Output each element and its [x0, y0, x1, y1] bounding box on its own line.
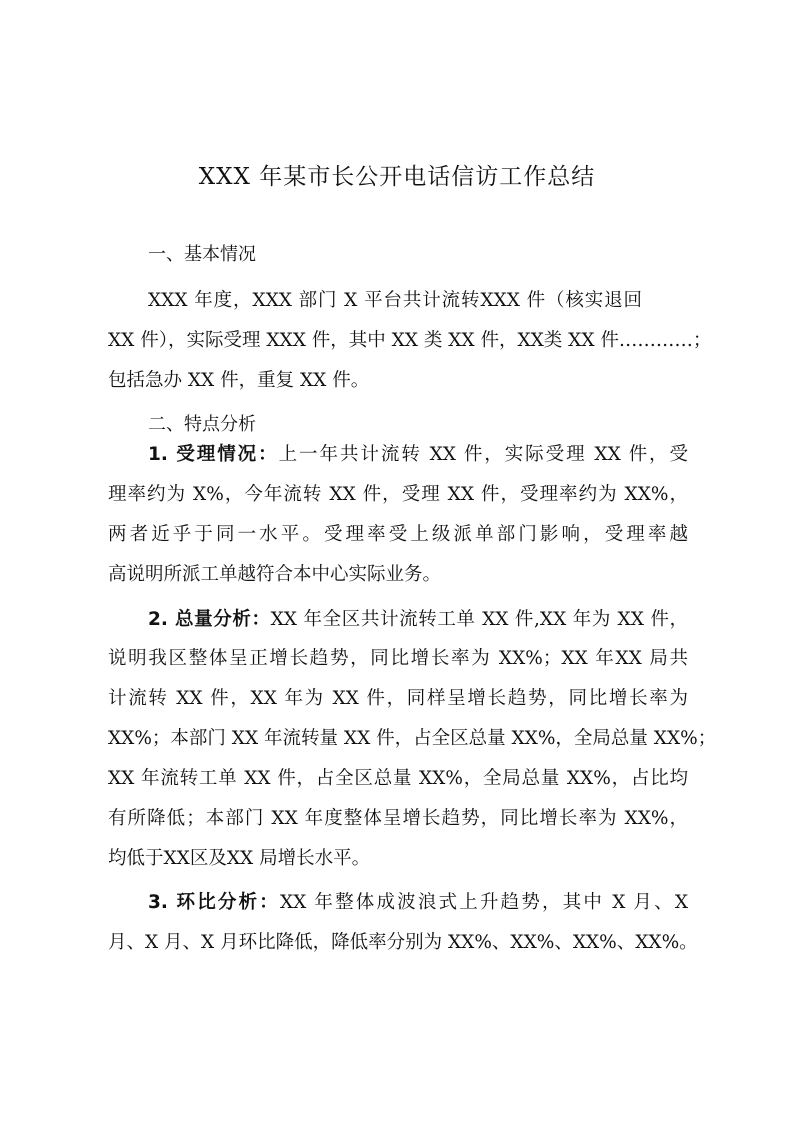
item1-label: 1. 受理情况：: [148, 444, 279, 465]
paragraph-line: 均低于XX区及XX 局增长水平。: [108, 844, 688, 870]
paragraph-line: 计流转 XX 件，XX 年为 XX 件，同样呈增长趋势，同比增长率为: [108, 684, 688, 710]
paragraph-line: 高说明所派工单越符合本中心实际业务。: [108, 560, 688, 586]
item3-first-line: 3. 环比分析：XX 年整体成波浪式上升趋势，其中 X 月、X: [148, 888, 688, 914]
item3-label: 3. 环比分析：: [148, 892, 280, 913]
paragraph-line: 月、X 月、X 月环比降低，降低率分别为 XX%、XX%、XX%、XX%。: [108, 928, 688, 954]
paragraph-line: XX%；本部门 XX 年流转量 XX 件，占全区总量 XX%，全局总量 XX%；: [108, 724, 688, 750]
paragraph-line: 包括急办 XX 件，重复 XX 件。: [108, 366, 688, 392]
document-title: XXX 年某市长公开电话信访工作总结: [0, 158, 794, 191]
paragraph-line: XX 件），实际受理 XXX 件，其中 XX 类 XX 件，XX类 XX 件………: [108, 326, 688, 352]
paragraph-line: XX 年流转工单 XX 件，占全区总量 XX%，全局总量 XX%，占比均: [108, 764, 688, 790]
paragraph-line: 理率约为 X%，今年流转 XX 件，受理 XX 件，受理率约为 XX%，: [108, 480, 688, 506]
paragraph-line: 有所降低；本部门 XX 年度整体呈增长趋势，同比增长率为 XX%，: [108, 804, 688, 830]
document-page: XXX 年某市长公开电话信访工作总结 一、基本情况 XXX 年度，XXX 部门 …: [0, 0, 794, 1122]
paragraph-line: 两者近乎于同一水平。受理率受上级派单部门影响，受理率越: [108, 520, 688, 546]
section-heading-analysis: 二、特点分析: [148, 410, 728, 436]
item2-first-line: 2. 总量分析：XX 年全区共计流转工单 XX 件,XX 年为 XX 件，: [148, 605, 688, 631]
item2-label: 2. 总量分析：: [148, 609, 271, 630]
item1-first-line: 1. 受理情况：上一年共计流转 XX 件，实际受理 XX 件，受: [148, 440, 688, 466]
section-heading-basic: 一、基本情况: [148, 240, 728, 266]
paragraph-line: XXX 年度，XXX 部门 X 平台共计流转XXX 件（核实退回: [148, 286, 642, 312]
paragraph-line: 说明我区整体呈正增长趋势，同比增长率为 XX%；XX 年XX 局共: [108, 644, 688, 670]
